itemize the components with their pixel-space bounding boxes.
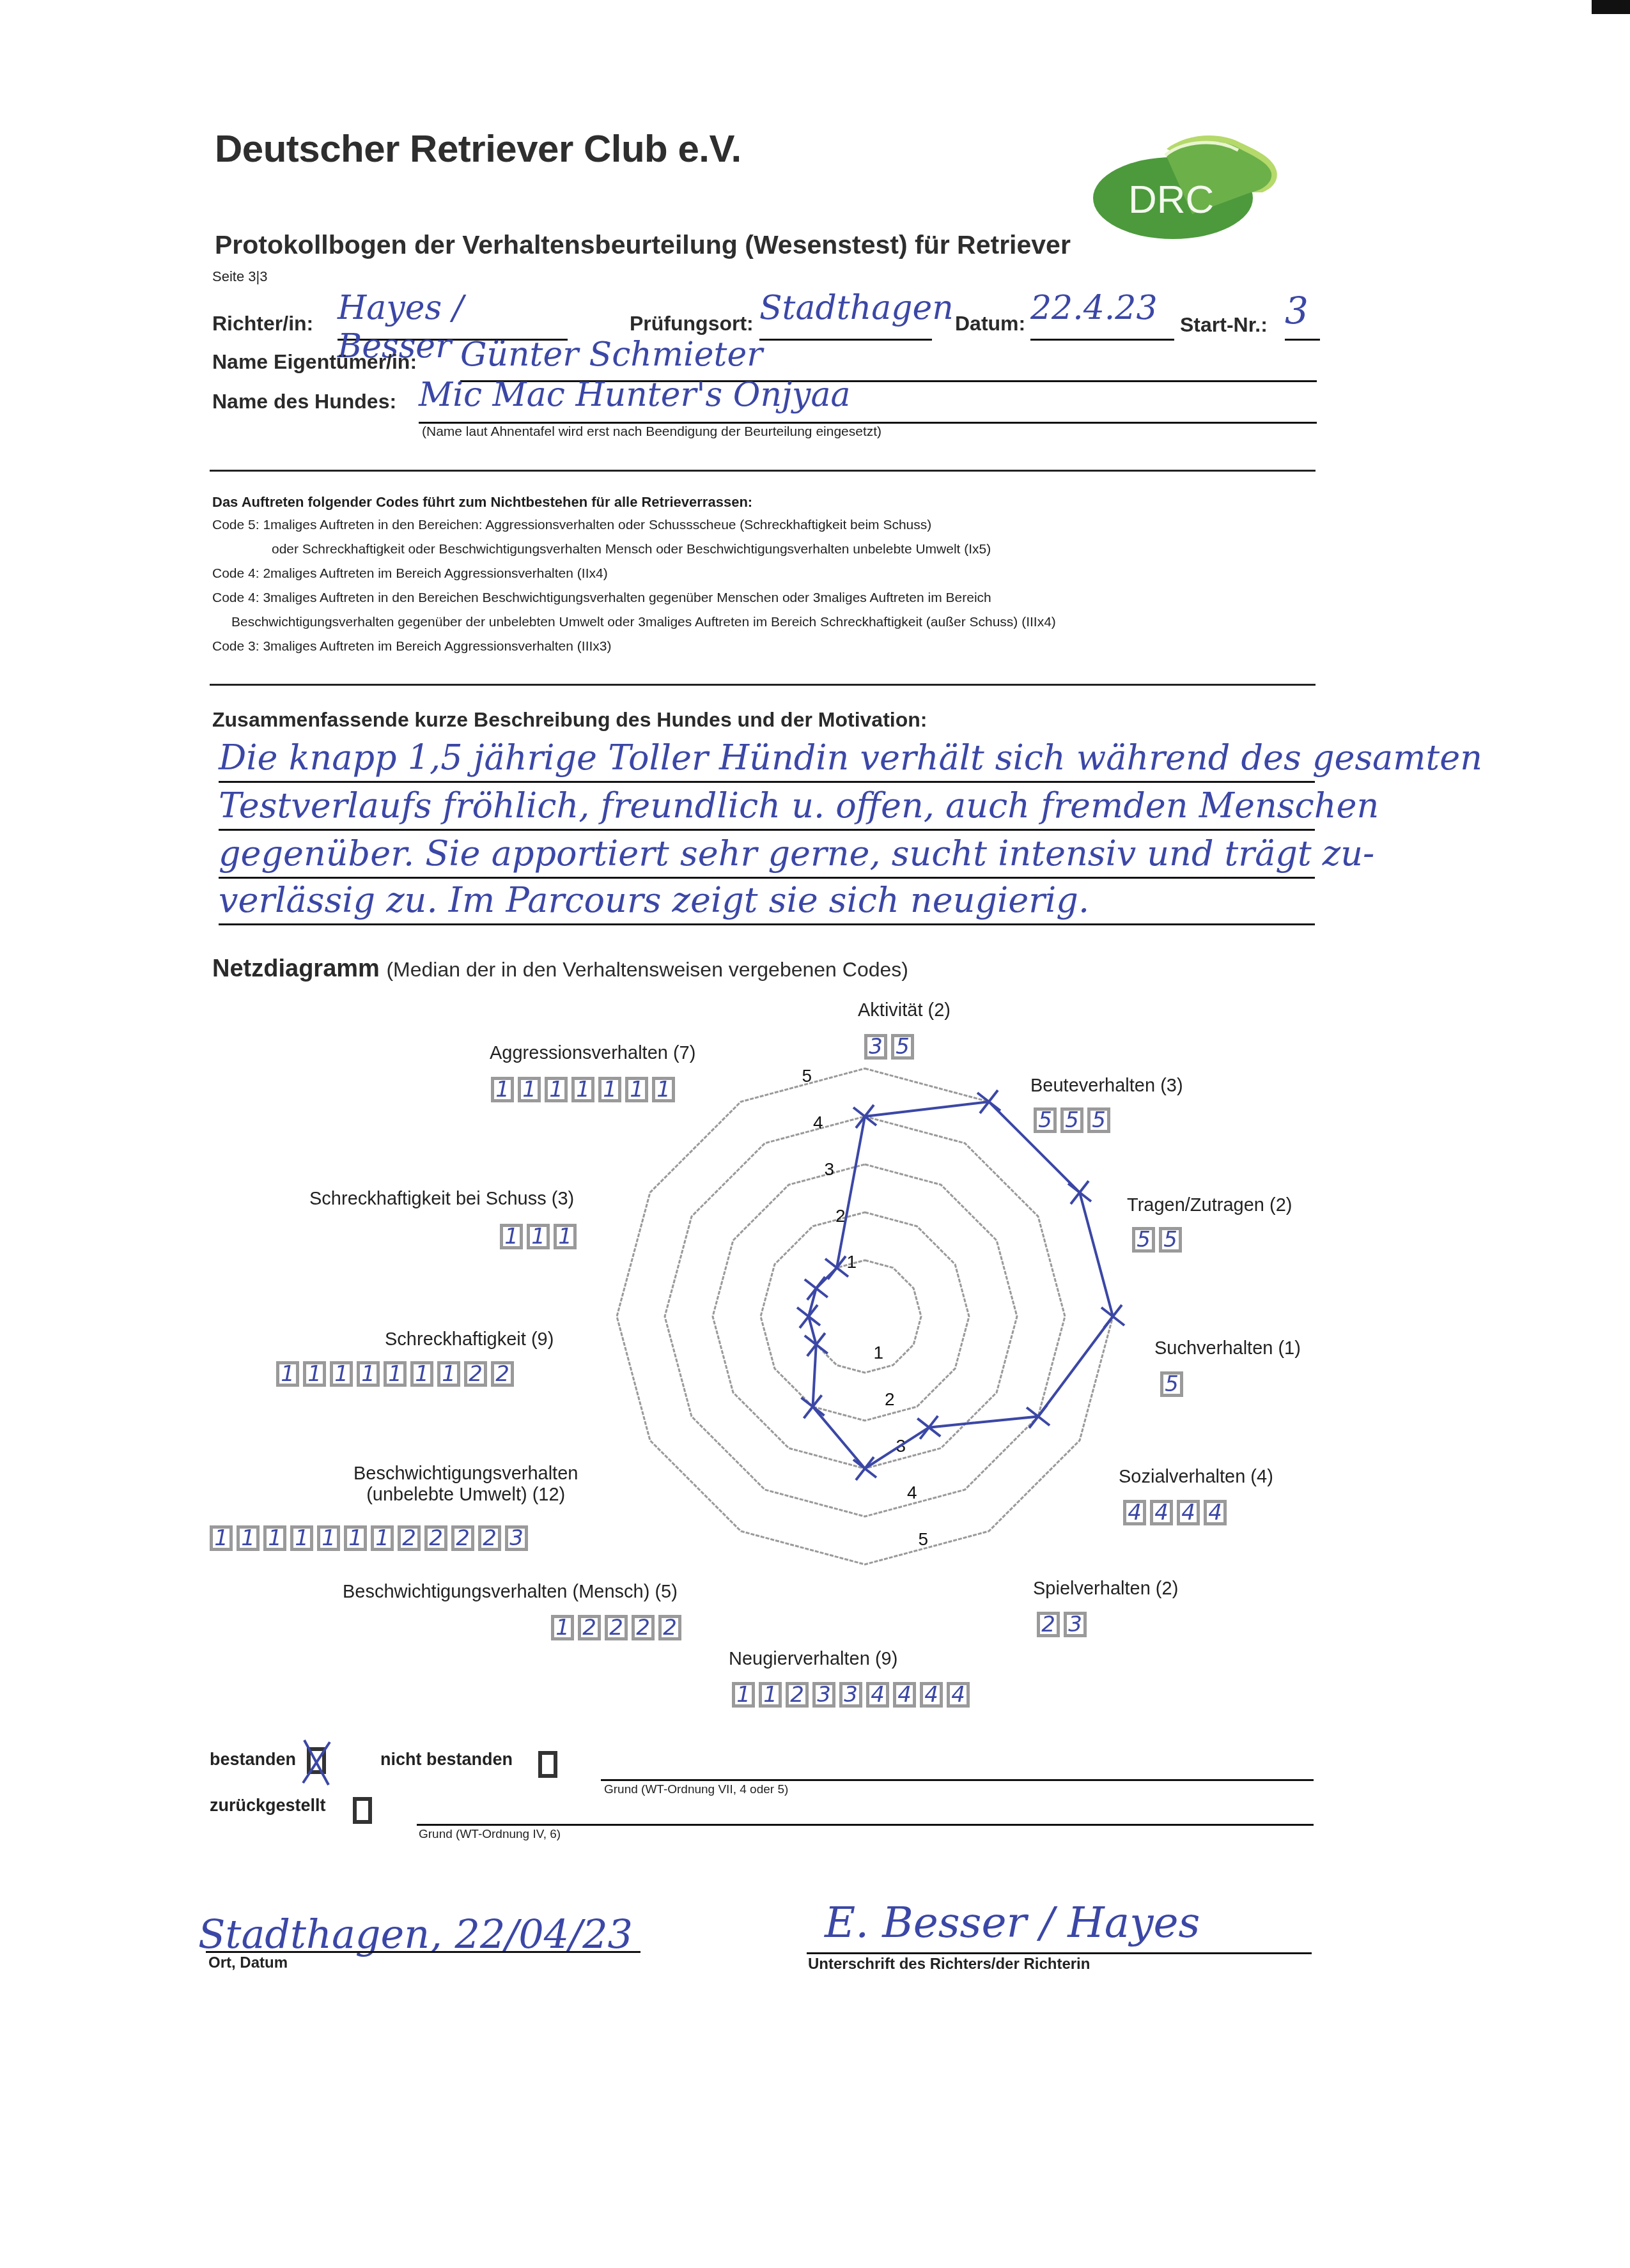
- code-box[interactable]: 5: [1132, 1227, 1155, 1253]
- radar-axis-label: Beuteverhalten (3): [1030, 1076, 1183, 1097]
- code-box[interactable]: 1: [276, 1361, 299, 1387]
- failed-checkbox[interactable]: [538, 1751, 557, 1778]
- code-box[interactable]: 1: [759, 1682, 782, 1708]
- code-box[interactable]: 1: [551, 1615, 574, 1640]
- code-box[interactable]: 3: [864, 1034, 887, 1060]
- code-box[interactable]: 1: [317, 1525, 340, 1551]
- code-box[interactable]: 4: [947, 1682, 970, 1708]
- code-boxes: 112334444: [732, 1682, 970, 1708]
- svg-text:1: 1: [874, 1343, 884, 1362]
- judge-signature-line: [807, 1952, 1312, 1954]
- code-box[interactable]: 3: [505, 1525, 528, 1551]
- code-boxes: 555: [1034, 1107, 1110, 1133]
- svg-text:2: 2: [885, 1389, 895, 1409]
- svg-text:3: 3: [824, 1159, 834, 1179]
- code-box[interactable]: 1: [263, 1525, 286, 1551]
- deferred-checkbox[interactable]: [353, 1797, 372, 1824]
- code-box[interactable]: 2: [398, 1525, 421, 1551]
- passed-checkbox[interactable]: [307, 1747, 326, 1774]
- code-box[interactable]: 5: [1160, 1371, 1183, 1397]
- radar-axis-label: Schreckhaftigkeit (9): [385, 1329, 554, 1350]
- code-box[interactable]: 1: [732, 1682, 755, 1708]
- code-box[interactable]: 4: [1177, 1500, 1200, 1525]
- checkmark-x-icon: [298, 1737, 336, 1788]
- code-box[interactable]: 1: [344, 1525, 367, 1551]
- code-box[interactable]: 1: [371, 1525, 394, 1551]
- code-box[interactable]: 1: [500, 1224, 523, 1249]
- radar-axis-label: Schreckhaftigkeit bei Schuss (3): [309, 1189, 574, 1210]
- code-box[interactable]: 2: [491, 1361, 514, 1387]
- svg-text:4: 4: [813, 1113, 823, 1132]
- code-box[interactable]: 4: [893, 1682, 916, 1708]
- radar-axis-label: Tragen/Zutragen (2): [1127, 1195, 1292, 1216]
- svg-text:5: 5: [919, 1529, 929, 1549]
- code-box[interactable]: 3: [812, 1682, 835, 1708]
- code-box[interactable]: 4: [920, 1682, 943, 1708]
- code-box[interactable]: 1: [357, 1361, 380, 1387]
- code-box[interactable]: 1: [437, 1361, 460, 1387]
- code-boxes: 1111111: [491, 1077, 675, 1102]
- failed-reason-field[interactable]: [601, 1779, 1314, 1781]
- code-box[interactable]: 4: [1123, 1500, 1146, 1525]
- code-box[interactable]: 1: [545, 1077, 568, 1102]
- failed-label: nicht bestanden: [380, 1750, 513, 1770]
- code-box[interactable]: 2: [424, 1525, 447, 1551]
- code-box[interactable]: 1: [625, 1077, 648, 1102]
- code-box[interactable]: 2: [658, 1615, 681, 1640]
- code-box[interactable]: 4: [1150, 1500, 1173, 1525]
- code-box[interactable]: 3: [839, 1682, 862, 1708]
- code-box[interactable]: 1: [210, 1525, 233, 1551]
- code-box[interactable]: 5: [1087, 1107, 1110, 1133]
- svg-text:5: 5: [802, 1066, 812, 1086]
- code-box[interactable]: 1: [652, 1077, 675, 1102]
- code-box[interactable]: 5: [1034, 1107, 1057, 1133]
- code-boxes: 35: [864, 1034, 914, 1060]
- radar-axis-label: Spielverhalten (2): [1033, 1578, 1178, 1600]
- radar-axis-label: Aktivität (2): [858, 1000, 951, 1021]
- code-box[interactable]: 3: [1064, 1612, 1087, 1637]
- code-box[interactable]: 1: [330, 1361, 353, 1387]
- code-box[interactable]: 2: [786, 1682, 809, 1708]
- radar-axis-label: Neugierverhalten (9): [729, 1649, 897, 1670]
- code-boxes: 23: [1037, 1612, 1087, 1637]
- place-date-label: Ort, Datum: [208, 1954, 288, 1972]
- code-boxes: 12222: [551, 1615, 681, 1640]
- radar-axis-label: Beschwichtigungsverhalten (Mensch) (5): [343, 1582, 678, 1603]
- svg-text:1: 1: [846, 1252, 857, 1272]
- code-boxes: 5: [1160, 1371, 1183, 1397]
- code-boxes: 111: [500, 1224, 577, 1249]
- code-box[interactable]: 4: [866, 1682, 889, 1708]
- code-box[interactable]: 1: [518, 1077, 541, 1102]
- radar-axis-label: Beschwichtigungsverhalten(unbelebte Umwe…: [353, 1463, 578, 1506]
- code-boxes: 55: [1132, 1227, 1182, 1253]
- svg-text:4: 4: [907, 1483, 917, 1502]
- judge-signatures[interactable]: E. Besser / Hayes: [825, 1898, 1200, 1947]
- deferred-reason-label: Grund (WT-Ordnung IV, 6): [419, 1828, 561, 1842]
- code-box[interactable]: 2: [632, 1615, 655, 1640]
- deferred-label: zurückgestellt: [210, 1796, 326, 1816]
- code-boxes: 111111122223: [210, 1525, 528, 1551]
- code-box[interactable]: 2: [478, 1525, 501, 1551]
- judge-signature-label: Unterschrift des Richters/der Richterin: [808, 1956, 1090, 1973]
- code-box[interactable]: 1: [554, 1224, 577, 1249]
- code-box[interactable]: 5: [1060, 1107, 1083, 1133]
- code-box[interactable]: 2: [464, 1361, 487, 1387]
- radar-axis-label: Aggressionsverhalten (7): [490, 1043, 695, 1064]
- code-boxes: 4444: [1123, 1500, 1227, 1525]
- code-box[interactable]: 2: [451, 1525, 474, 1551]
- place-date-line: [206, 1951, 640, 1953]
- code-box[interactable]: 5: [891, 1034, 914, 1060]
- code-box[interactable]: 1: [571, 1077, 594, 1102]
- code-box[interactable]: 1: [237, 1525, 260, 1551]
- code-box[interactable]: 1: [303, 1361, 326, 1387]
- code-box[interactable]: 5: [1159, 1227, 1182, 1253]
- code-box[interactable]: 1: [527, 1224, 550, 1249]
- code-box[interactable]: 1: [598, 1077, 621, 1102]
- code-box[interactable]: 1: [491, 1077, 514, 1102]
- code-box[interactable]: 2: [605, 1615, 628, 1640]
- code-box[interactable]: 1: [290, 1525, 313, 1551]
- code-box[interactable]: 1: [384, 1361, 407, 1387]
- code-box[interactable]: 4: [1204, 1500, 1227, 1525]
- code-box[interactable]: 1: [410, 1361, 433, 1387]
- code-box[interactable]: 2: [578, 1615, 601, 1640]
- failed-reason-label: Grund (WT-Ordnung VII, 4 oder 5): [604, 1783, 788, 1797]
- radar-axis-label: Suchverhalten (1): [1154, 1338, 1301, 1359]
- radar-axis-label: Sozialverhalten (4): [1119, 1467, 1273, 1488]
- passed-label: bestanden: [210, 1750, 296, 1770]
- code-boxes: 111111122: [276, 1361, 514, 1387]
- deferred-reason-field[interactable]: [417, 1824, 1314, 1826]
- code-box[interactable]: 2: [1037, 1612, 1060, 1637]
